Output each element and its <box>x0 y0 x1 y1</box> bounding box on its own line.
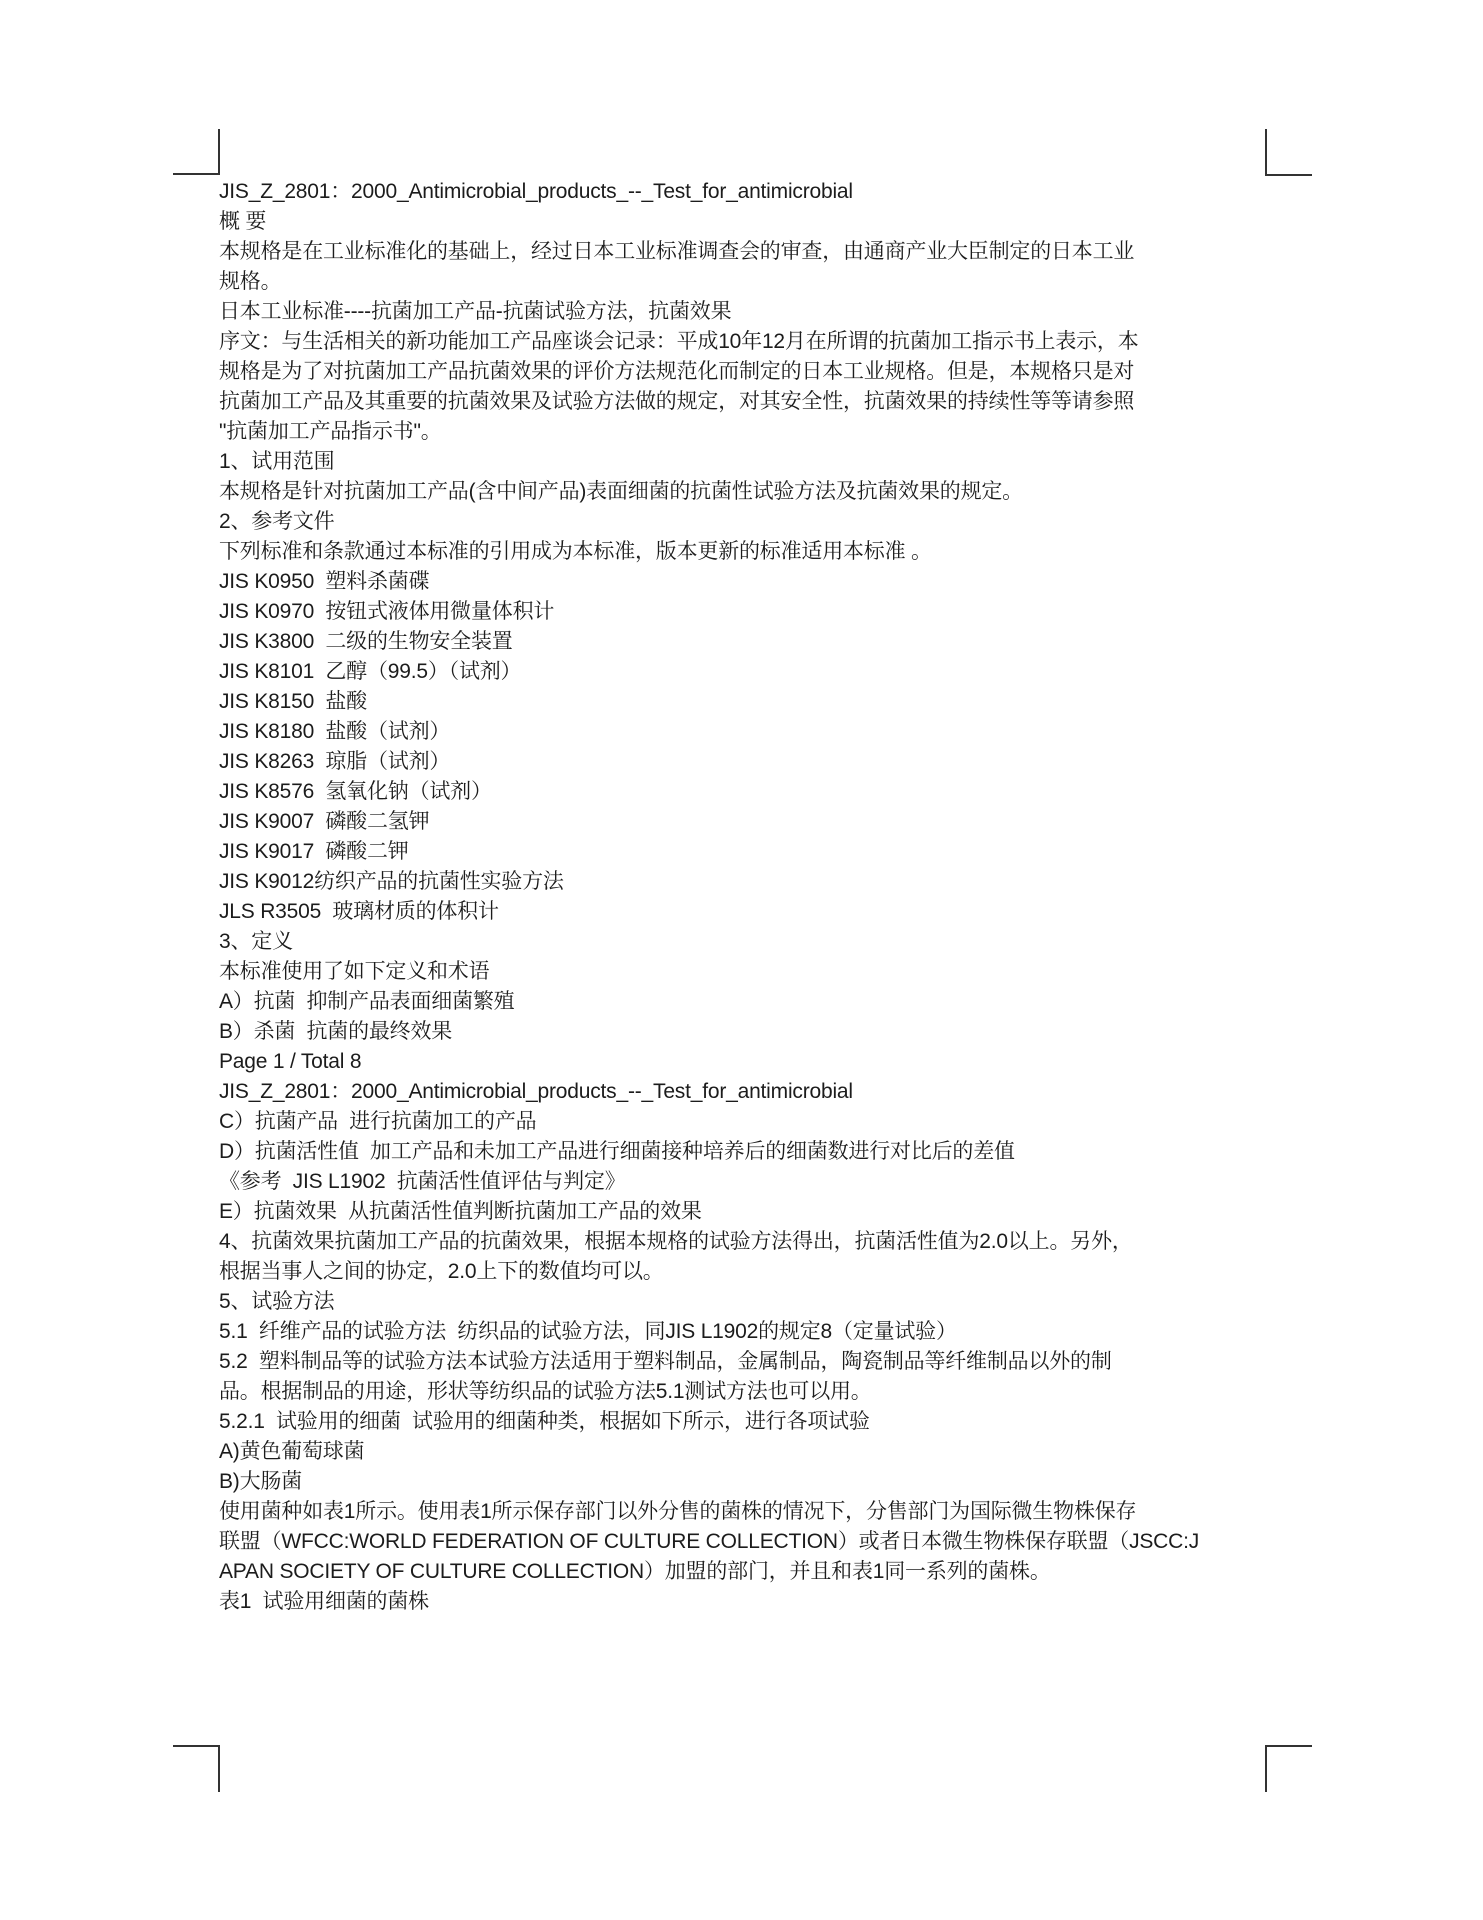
reference-item: JIS K0970 按钮式液体用微量体积计 <box>219 597 1279 627</box>
subsection: 5.1 纤维产品的试验方法 纺织品的试验方法，同JIS L1902的规定8（定量… <box>219 1317 1279 1347</box>
reference-item: JIS K3800 二级的生物安全装置 <box>219 627 1279 657</box>
crop-mark-top-right <box>1265 129 1312 176</box>
paragraph: "抗菌加工产品指示书"。 <box>219 417 1279 447</box>
running-header: JIS_Z_2801：2000_Antimicrobial_products_-… <box>219 1077 1279 1107</box>
paragraph: 4、抗菌效果抗菌加工产品的抗菌效果，根据本规格的试验方法得出，抗菌活性值为2.0… <box>219 1227 1279 1257</box>
section-title-overview: 概 要 <box>219 207 1279 237</box>
subsection: 5.2.1 试验用的细菌 试验用的细菌种类，根据如下所示，进行各项试验 <box>219 1407 1279 1437</box>
section-heading: 3、定义 <box>219 927 1279 957</box>
definition-item: A）抗菌 抑制产品表面细菌繁殖 <box>219 987 1279 1017</box>
reference-item: JIS K9017 磷酸二钾 <box>219 837 1279 867</box>
reference-item: JIS K8150 盐酸 <box>219 687 1279 717</box>
paragraph: 联盟（WFCC:WORLD FEDERATION OF CULTURE COLL… <box>219 1527 1279 1557</box>
page-footer: Page 1 / Total 8 <box>219 1047 1279 1077</box>
reference-item: JIS K9012纺织产品的抗菌性实验方法 <box>219 867 1279 897</box>
document-page: JIS_Z_2801：2000_Antimicrobial_products_-… <box>0 0 1483 1920</box>
paragraph: 本标准使用了如下定义和术语 <box>219 957 1279 987</box>
paragraph: 品。根据制品的用途，形状等纺织品的试验方法5.1测试方法也可以用。 <box>219 1377 1279 1407</box>
document-body: JIS_Z_2801：2000_Antimicrobial_products_-… <box>219 177 1279 1617</box>
paragraph: 本规格是针对抗菌加工产品(含中间产品)表面细菌的抗菌性试验方法及抗菌效果的规定。 <box>219 477 1279 507</box>
document-title: 日本工业标准----抗菌加工产品-抗菌试验方法，抗菌效果 <box>219 297 1279 327</box>
paragraph: APAN SOCIETY OF CULTURE COLLECTION）加盟的部门… <box>219 1557 1279 1587</box>
running-header: JIS_Z_2801：2000_Antimicrobial_products_-… <box>219 177 1279 207</box>
reference-item: JIS K8101 乙醇（99.5）（试剂） <box>219 657 1279 687</box>
reference-note: 《参考 JIS L1902 抗菌活性值评估与判定》 <box>219 1167 1279 1197</box>
paragraph: 本规格是在工业标准化的基础上，经过日本工业标准调查会的审查，由通商产业大臣制定的… <box>219 237 1279 267</box>
section-heading: 1、试用范围 <box>219 447 1279 477</box>
section-heading: 5、试验方法 <box>219 1287 1279 1317</box>
paragraph: 序文：与生活相关的新功能加工产品座谈会记录：平成10年12月在所谓的抗菌加工指示… <box>219 327 1279 357</box>
definition-item: E）抗菌效果 从抗菌活性值判断抗菌加工产品的效果 <box>219 1197 1279 1227</box>
paragraph: 规格是为了对抗菌加工产品抗菌效果的评价方法规范化而制定的日本工业规格。但是，本规… <box>219 357 1279 387</box>
subsection: 5.2 塑料制品等的试验方法本试验方法适用于塑料制品，金属制品，陶瓷制品等纤维制… <box>219 1347 1279 1377</box>
paragraph: 规格。 <box>219 267 1279 297</box>
definition-item: B）杀菌 抗菌的最终效果 <box>219 1017 1279 1047</box>
section-heading: 2、参考文件 <box>219 507 1279 537</box>
reference-item: JIS K8576 氢氧化钠（试剂） <box>219 777 1279 807</box>
paragraph: 使用菌种如表1所示。使用表1所示保存部门以外分售的菌株的情况下，分售部门为国际微… <box>219 1497 1279 1527</box>
table-caption: 表1 试验用细菌的菌株 <box>219 1587 1279 1617</box>
crop-mark-bottom-right <box>1265 1745 1312 1792</box>
reference-item: JLS R3505 玻璃材质的体积计 <box>219 897 1279 927</box>
reference-item: JIS K8263 琼脂（试剂） <box>219 747 1279 777</box>
crop-mark-bottom-left <box>173 1745 220 1792</box>
crop-mark-top-left <box>173 129 220 175</box>
paragraph: 下列标准和条款通过本标准的引用成为本标准，版本更新的标准适用本标准 。 <box>219 537 1279 567</box>
list-item: B)大肠菌 <box>219 1467 1279 1497</box>
paragraph: 抗菌加工产品及其重要的抗菌效果及试验方法做的规定，对其安全性，抗菌效果的持续性等… <box>219 387 1279 417</box>
paragraph: 根据当事人之间的协定，2.0上下的数值均可以。 <box>219 1257 1279 1287</box>
definition-item: D）抗菌活性值 加工产品和未加工产品进行细菌接种培养后的细菌数进行对比后的差值 <box>219 1137 1279 1167</box>
definition-item: C）抗菌产品 进行抗菌加工的产品 <box>219 1107 1279 1137</box>
reference-item: JIS K0950 塑料杀菌碟 <box>219 567 1279 597</box>
list-item: A)黄色葡萄球菌 <box>219 1437 1279 1467</box>
reference-item: JIS K8180 盐酸（试剂） <box>219 717 1279 747</box>
reference-item: JIS K9007 磷酸二氢钾 <box>219 807 1279 837</box>
